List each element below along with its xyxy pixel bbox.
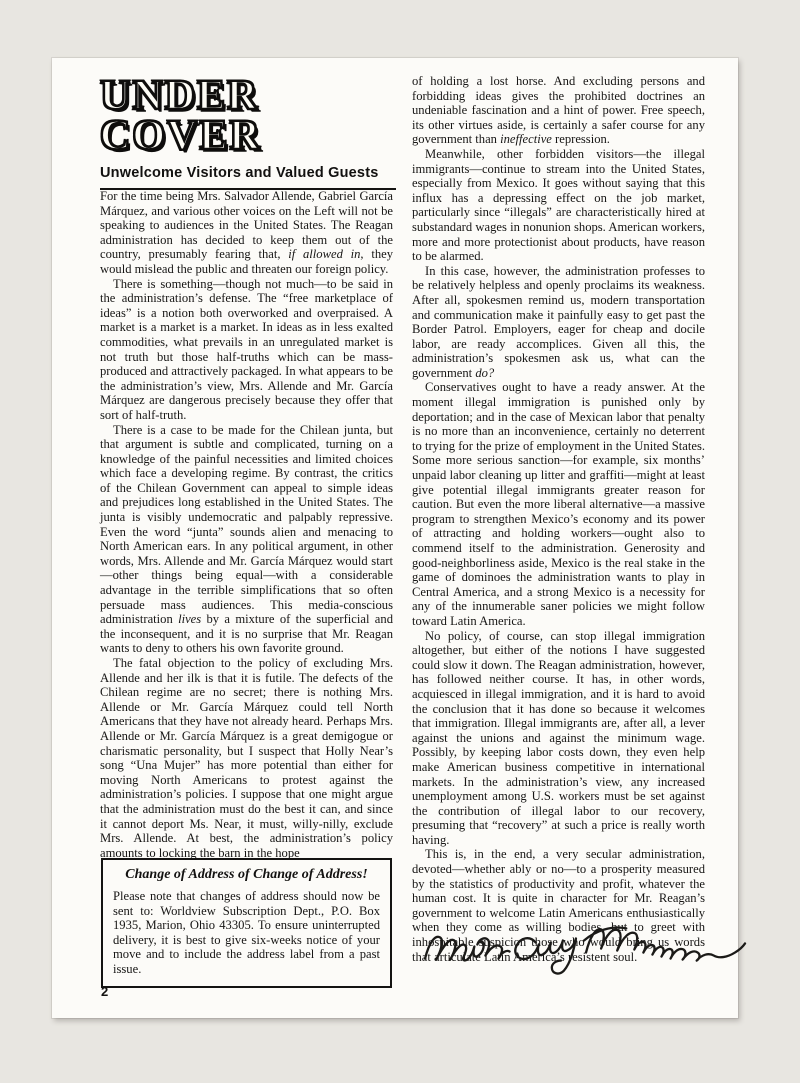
paragraph: Conservatives ought to have a ready answ… (412, 380, 705, 628)
body-text: Meanwhile, other forbidden visitors—the … (412, 147, 705, 263)
signature-stroke-last-name (586, 929, 745, 960)
article-title-line1: UNDER (100, 76, 396, 116)
paragraph: For the time being Mrs. Salvador Allende… (100, 189, 393, 277)
body-text: The fatal objection to the policy of exc… (100, 656, 393, 860)
paragraph: There is a case to be made for the Chile… (100, 423, 393, 657)
magazine-page: UNDER COVER Unwelcome Visitors and Value… (52, 58, 738, 1018)
italic-text: ineffective (500, 132, 552, 146)
body-text: No policy, of course, can stop illegal i… (412, 629, 705, 847)
paragraph: In this case, however, the administratio… (412, 264, 705, 381)
address-box-body: Please note that changes of address shou… (113, 889, 380, 977)
paragraph: No policy, of course, can stop illegal i… (412, 629, 705, 848)
scan-surround: UNDER COVER Unwelcome Visitors and Value… (0, 0, 800, 1083)
body-text: Conservatives ought to have a ready answ… (412, 380, 705, 628)
address-change-box: Change of Address of Change of Address! … (101, 858, 392, 988)
address-box-heading: Change of Address of Change of Address! (113, 867, 380, 883)
paragraph: The fatal objection to the policy of exc… (100, 656, 393, 860)
right-column: of holding a lost horse. And excluding p… (412, 74, 705, 964)
left-column: For the time being Mrs. Salvador Allende… (100, 189, 393, 860)
italic-text: lives (178, 612, 201, 626)
paragraph: Meanwhile, other forbidden visitors—the … (412, 147, 705, 264)
signature-svg (415, 901, 747, 989)
paragraph: There is something—though not much—to be… (100, 277, 393, 423)
italic-text: if allowed in (288, 247, 360, 261)
masthead: UNDER COVER Unwelcome Visitors and Value… (100, 76, 396, 190)
page-number: 2 (101, 984, 108, 999)
body-text: repression. (552, 132, 610, 146)
body-text: In this case, however, the administratio… (412, 264, 705, 380)
article-subtitle: Unwelcome Visitors and Valued Guests (100, 165, 396, 181)
body-text: There is a case to be made for the Chile… (100, 423, 393, 627)
signature-stroke-first-name (425, 937, 510, 961)
body-text: There is something—though not much—to be… (100, 277, 393, 422)
article-title-line2: COVER (100, 116, 396, 156)
signature-stroke-middle-name (515, 938, 576, 973)
paragraph: of holding a lost horse. And excluding p… (412, 74, 705, 147)
signature-handwriting (415, 901, 747, 989)
italic-text: do? (475, 366, 494, 380)
